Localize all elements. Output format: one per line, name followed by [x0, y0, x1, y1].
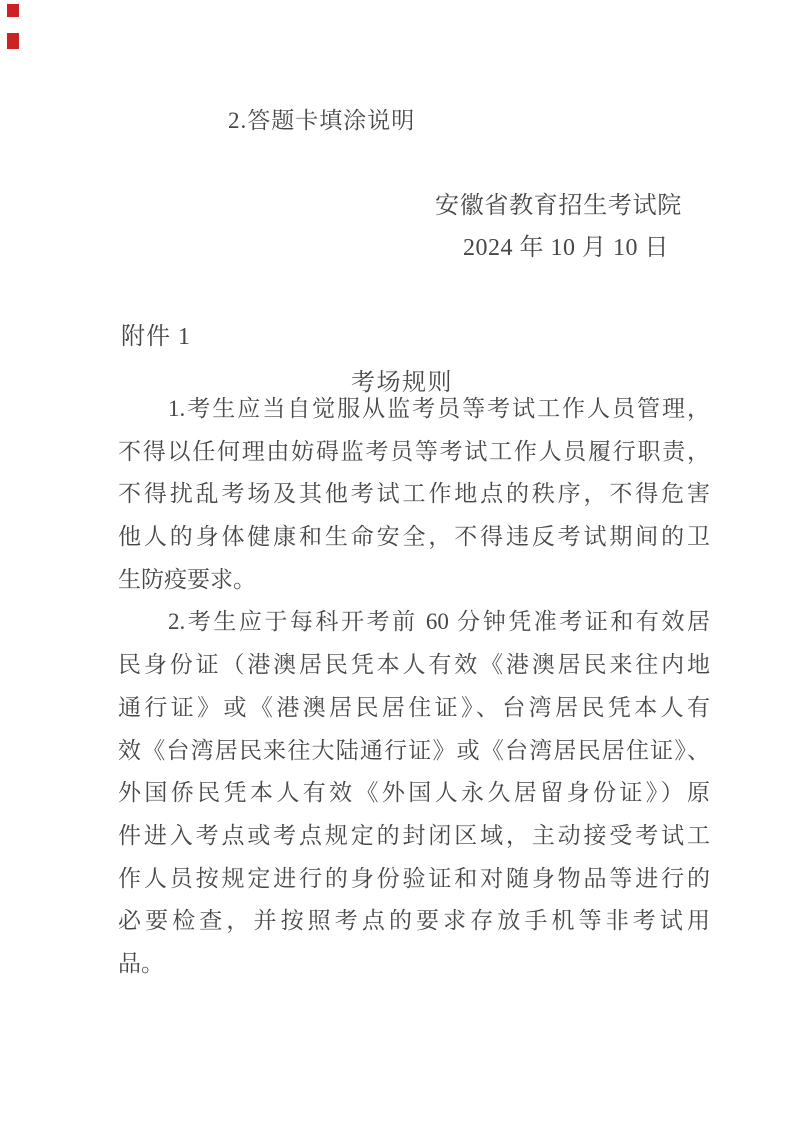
list-item-answer-sheet-instructions: 2.答题卡填涂说明	[228, 102, 415, 135]
body-line: 1.考生应当自觉服从监考员等考试工作人员管理，	[118, 388, 710, 431]
body-line: 外国侨民凭本人有效《外国人永久居留身份证》）原	[118, 772, 710, 815]
red-annotation-mark-bottom	[7, 33, 19, 49]
rules-body: 1.考生应当自觉服从监考员等考试工作人员管理， 不得以任何理由妨碍监考员等考试工…	[118, 388, 710, 986]
body-line: 民身份证（港澳居民凭本人有效《港澳居民来往内地	[118, 644, 710, 687]
attachment-label: 附件 1	[121, 316, 191, 351]
document-page: 2.答题卡填涂说明 安徽省教育招生考试院 2024 年 10 月 10 日 附件…	[0, 0, 793, 1122]
body-line: 不得扰乱考场及其他考试工作地点的秩序，不得危害	[118, 473, 710, 516]
body-line: 通行证》或《港澳居民居住证》、台湾居民凭本人有	[118, 687, 710, 730]
body-line: 他人的身体健康和生命安全，不得违反考试期间的卫	[118, 516, 710, 559]
body-line: 生防疫要求。	[118, 559, 710, 602]
body-line: 不得以任何理由妨碍监考员等考试工作人员履行职责，	[118, 431, 710, 474]
body-line: 效《台湾居民来往大陆通行证》或《台湾居民居住证》、	[118, 730, 710, 773]
red-annotation-mark-top	[7, 4, 19, 17]
body-line: 品。	[118, 943, 710, 986]
body-line: 必要检查，并按照考点的要求存放手机等非考试用	[118, 900, 710, 943]
body-line: 2.考生应于每科开考前 60 分钟凭准考证和有效居	[118, 601, 710, 644]
issuer-name: 安徽省教育招生考试院	[435, 185, 682, 220]
body-line: 件进入考点或考点规定的封闭区域，主动接受考试工	[118, 815, 710, 858]
body-line: 作人员按规定进行的身份验证和对随身物品等进行的	[118, 858, 710, 901]
document-date: 2024 年 10 月 10 日	[463, 227, 669, 262]
